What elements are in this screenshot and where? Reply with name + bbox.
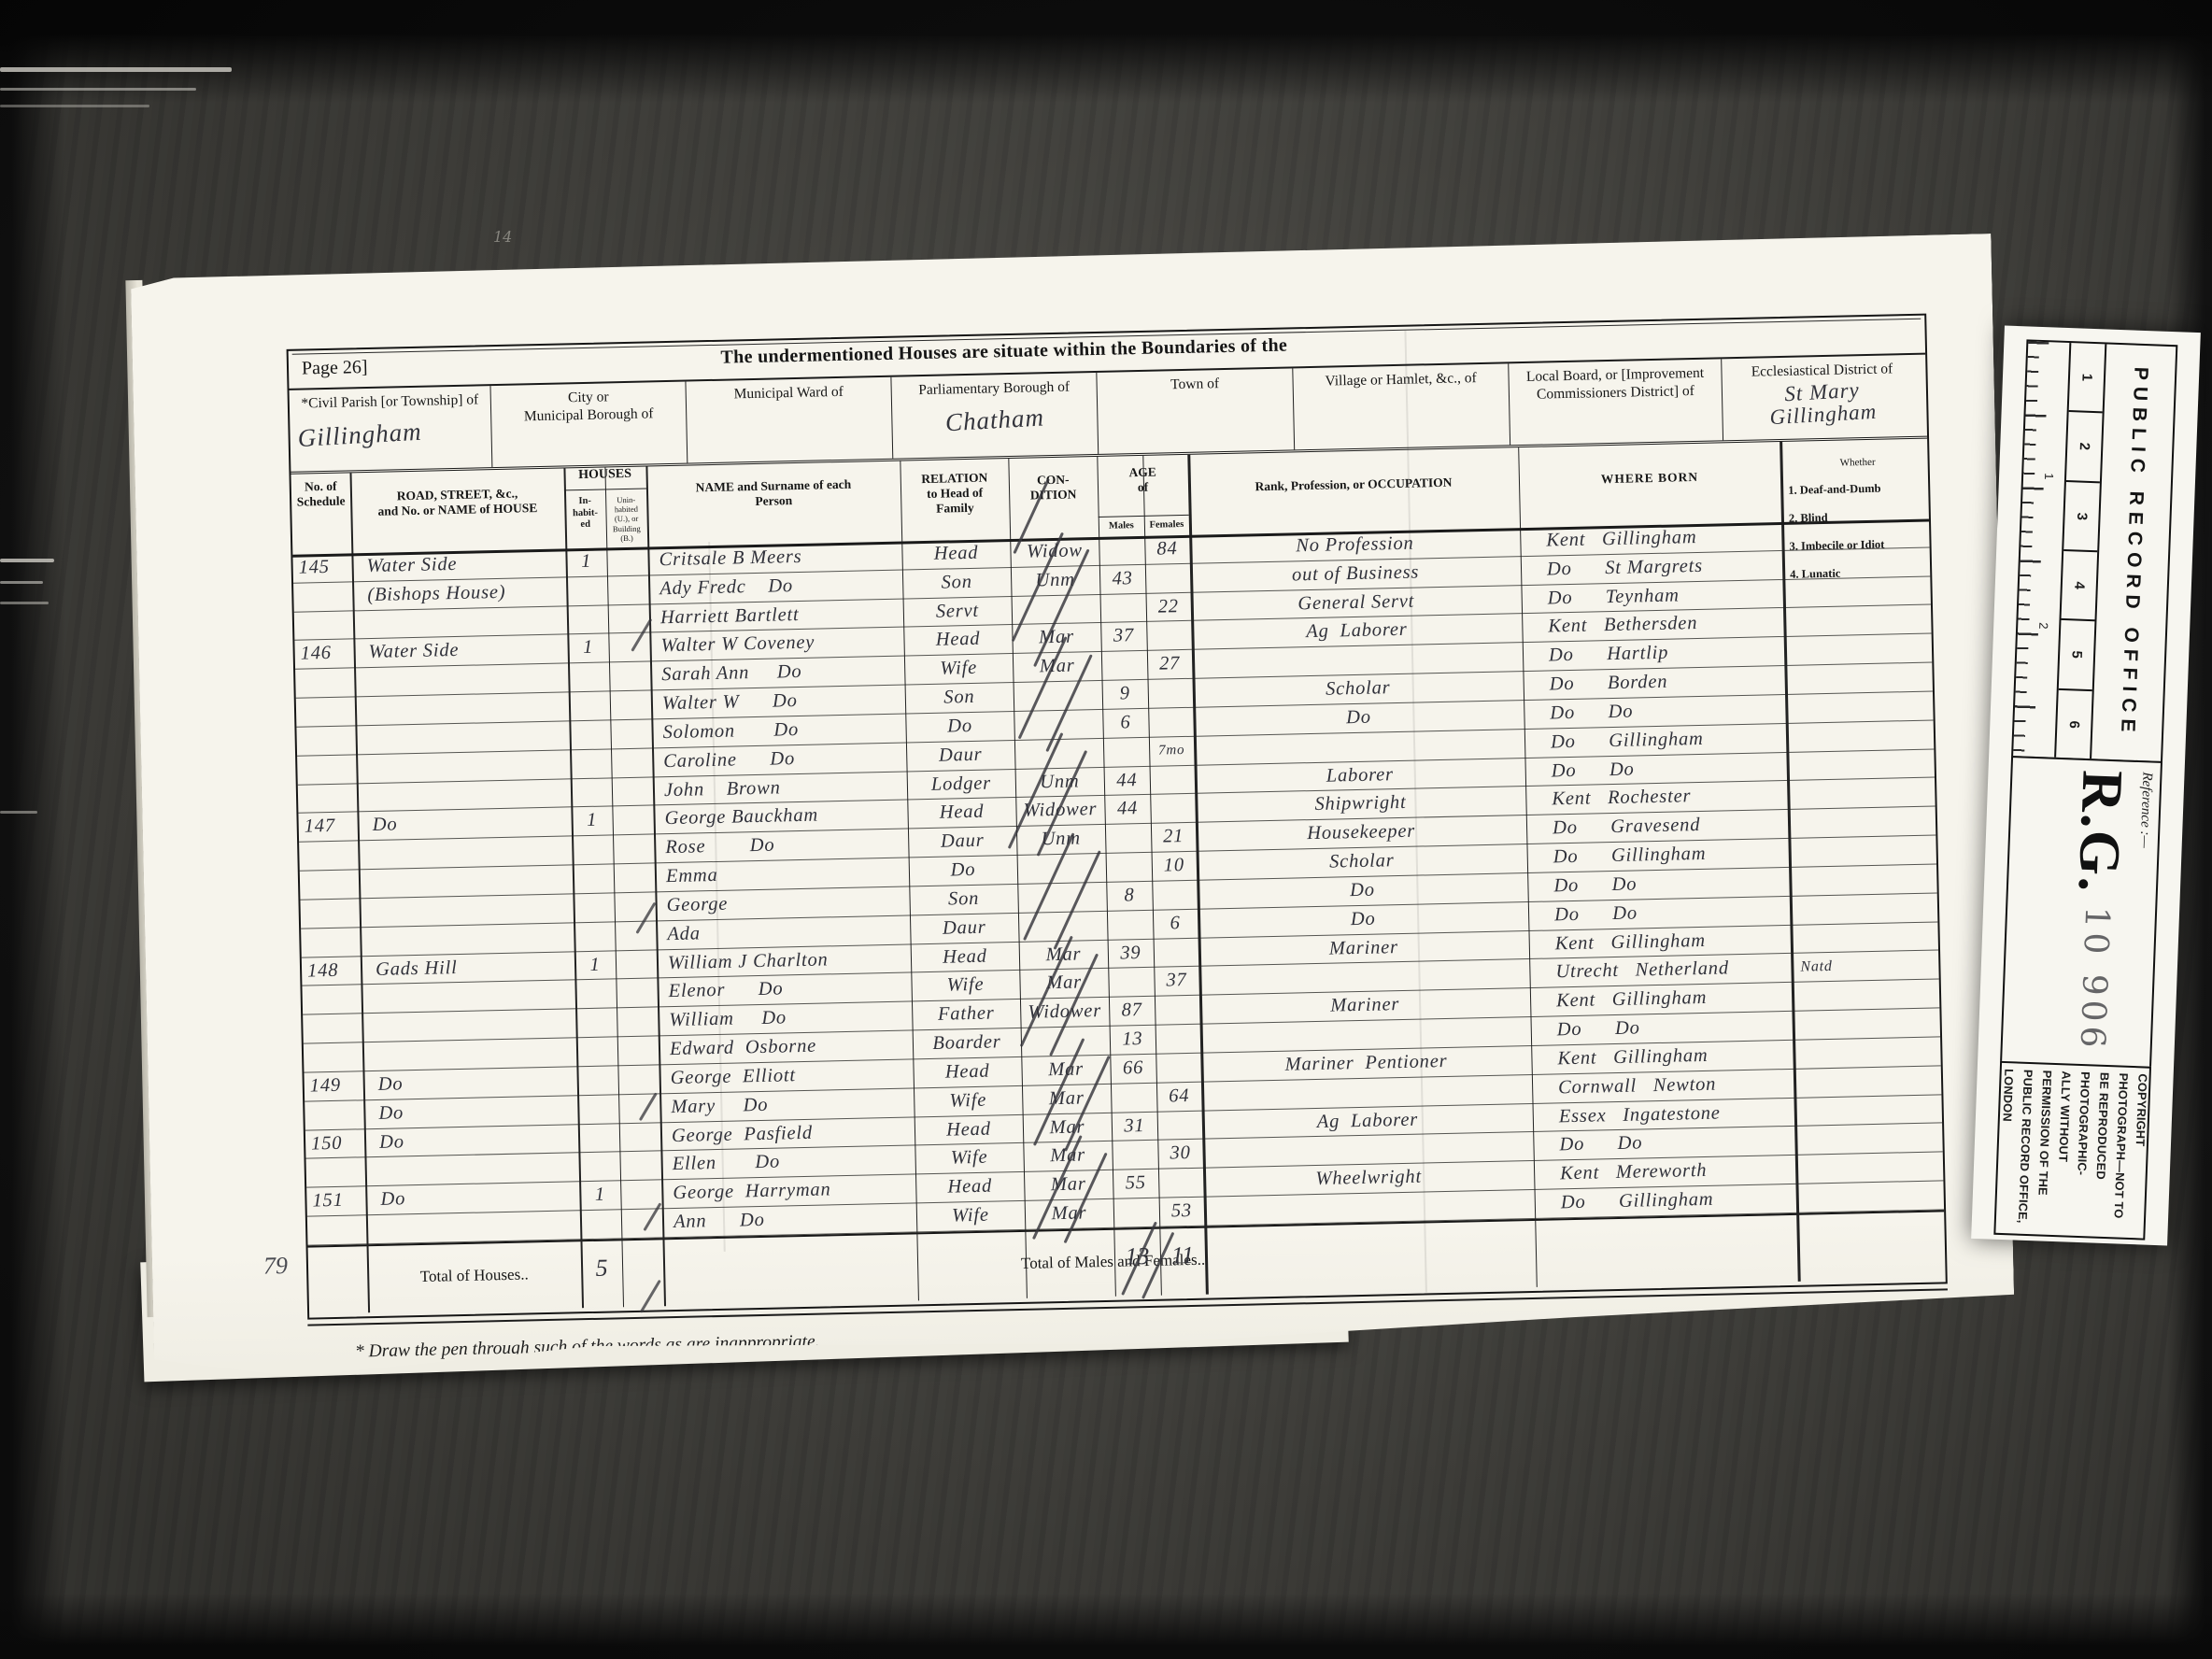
cell-inhabited: 1 (565, 547, 607, 576)
cell-inhabited: 1 (567, 634, 609, 663)
whether-title: Whether (1788, 456, 1928, 470)
cell-relation: Daur (910, 914, 1019, 943)
field-label: Municipal Ward of (733, 384, 844, 403)
ruler-inch-number: 5 (2068, 651, 2084, 659)
cell-age_f: 64 (1156, 1082, 1202, 1111)
colhead-name: NAME and Surname of each Person (645, 461, 901, 547)
cell-relation: Wife (914, 1086, 1023, 1116)
cell-age_m: 13 (1110, 1026, 1156, 1055)
colhead-schedule: No. of Schedule (291, 473, 352, 554)
field-local-board: Local Board, or [Improvement Commissione… (1509, 359, 1723, 445)
cell-condition: Unm (1015, 768, 1105, 798)
cell-inhabited: 1 (579, 1182, 621, 1211)
cell-relation: Daur (906, 741, 1015, 771)
census-page: Page 26] The undermentioned Houses are s… (131, 234, 2016, 1387)
colhead-uninhabited: Unin- habited (U.), or Building (B.) (605, 489, 647, 548)
ruler-cm-number: 1 (2042, 473, 2056, 480)
field-label: Ecclesiastical District of (1751, 361, 1893, 379)
field-municipal-ward: Municipal Ward of (686, 377, 893, 463)
cell-name: Walter W Do (651, 685, 917, 718)
colhead-inhabited: In- habit- ed (564, 489, 606, 548)
ruler-inch-cell: 1 (2069, 343, 2106, 414)
field-value-handwritten: St Mary Gillingham (1722, 376, 1923, 432)
cell-condition: Mar (1019, 969, 1109, 999)
ruler-inch-number: 6 (2066, 720, 2082, 729)
cell-age_f: 27 (1147, 650, 1193, 679)
cell-condition: Mar (1012, 623, 1101, 653)
cell-name: Harriett Bartlett (649, 599, 915, 632)
field-label: *Civil Parish [or Township] of (301, 391, 478, 411)
film-scratch (0, 602, 49, 604)
cell-name: Walter W Coveney (649, 628, 915, 661)
reference-number-stamp: 10 906 (2073, 905, 2117, 1052)
cell-age_m: 55 (1113, 1170, 1159, 1198)
cell-condition: Mar (1024, 1170, 1113, 1200)
cell-age_f: 6 (1153, 910, 1198, 939)
cell-relation: Head (913, 1057, 1022, 1087)
field-label: Town of (1170, 376, 1219, 392)
cell-inhabited: 1 (574, 951, 617, 980)
reference-series: R.G. (2064, 769, 2135, 895)
cell-age_f: 10 (1152, 852, 1198, 881)
microfilm-photo: 14 * Draw the pen through such of the wo… (0, 0, 2212, 1659)
field-village-hamlet: Village or Hamlet, &c., of (1293, 363, 1510, 449)
cell-relation: Do (909, 856, 1018, 886)
cell-schedule: 149 (305, 1071, 364, 1100)
colhead-females: Females (1144, 515, 1189, 536)
film-scratch (0, 811, 37, 814)
cell-name: Ann Do (662, 1203, 929, 1237)
cell-age_f: 30 (1157, 1140, 1203, 1169)
ruler-inch-number: 2 (2077, 443, 2092, 451)
cell-condition: Mar (1022, 1085, 1112, 1114)
ruler-cm-number: 2 (2036, 622, 2050, 630)
cell-road: Do (364, 1125, 594, 1157)
total-houses-label: Total of Houses.. (367, 1264, 581, 1287)
census-table: Page 26] The undermentioned Houses are s… (287, 314, 1948, 1320)
cell-name: Mary Do (659, 1088, 926, 1122)
field-value-handwritten: Gillingham (290, 414, 491, 451)
cell-born: Do Gillingham (1535, 1184, 1823, 1218)
cell-age_m: 9 (1102, 680, 1149, 709)
colhead-where-born: WHERE BORN (1518, 442, 1781, 528)
cell-relation: Daur (908, 827, 1017, 857)
copyright-line: PUBLIC RECORD OFFICE, LONDON (1993, 1069, 2037, 1228)
film-scratch (0, 88, 196, 91)
ruler-inch-cell: 3 (2063, 482, 2100, 553)
cell-schedule: 146 (296, 640, 355, 669)
cell-name: Edward Osborne (659, 1030, 925, 1064)
cell-relation: Head (903, 625, 1013, 655)
cell-relation: Boarder (913, 1028, 1022, 1058)
ruler-inch-number: 4 (2071, 581, 2087, 589)
cell-condition: Unm (1016, 825, 1106, 855)
cell-age_m: 39 (1108, 939, 1155, 968)
cell-relation: Servt (903, 597, 1013, 627)
field-value-handwritten: Chatham (892, 401, 1098, 439)
field-label: Parliamentary Borough of (918, 379, 1070, 399)
cell-name: Elenor Do (657, 973, 923, 1007)
cell-relation: Father (912, 1000, 1021, 1029)
cell-name: Rose Do (654, 829, 920, 863)
cell-relation: Wife (904, 654, 1014, 684)
cell-schedule: 145 (294, 553, 353, 582)
cell-age_f: 37 (1154, 967, 1199, 996)
film-scratch (0, 581, 43, 584)
colhead-condition: CON- DITION (1008, 457, 1099, 539)
reference-code: R.G. 10 906 (2058, 769, 2134, 1056)
cell-condition: Unm (1011, 566, 1100, 596)
cell-name: Solomon Do (651, 714, 917, 747)
cell-age_f: 21 (1151, 823, 1197, 852)
colhead-occupation: Rank, Profession, or OCCUPATION (1187, 447, 1520, 535)
field-civil-parish: *Civil Parish [or Township] of Gillingha… (290, 386, 493, 472)
field-city-borough: City or Municipal Borough of (490, 382, 688, 468)
film-scratch (0, 105, 149, 107)
cell-name: Ellen Do (660, 1146, 927, 1180)
pro-copyright-box: COPYRIGHT PHOTOGRAPH—NOT TO BE REPRODUCE… (1993, 1061, 2151, 1241)
pro-reference-box: R.G. 10 906 Reference :— (2000, 756, 2162, 1070)
cell-relation: Head (911, 943, 1020, 972)
cell-road: Gads Hill (361, 952, 590, 985)
cell-relation: Wife (915, 1143, 1024, 1173)
cell-name: Emma (655, 858, 921, 891)
cell-name: John Brown (653, 772, 919, 805)
cell-age_f: 7mo (1149, 737, 1195, 766)
cell-relation: Wife (911, 971, 1020, 1000)
cell-name: George (655, 886, 921, 920)
colhead-road: ROAD, STREET, &c., and No. or NAME of HO… (349, 468, 565, 553)
whether-item: 1. Deaf-and-Dumb (1788, 481, 1928, 498)
cell-relation: Son (905, 683, 1014, 713)
field-ecclesiastical-district: Ecclesiastical District of St Mary Gilli… (1722, 355, 1923, 441)
cell-relation: Head (915, 1172, 1025, 1202)
cell-age_m: 43 (1099, 565, 1146, 594)
cell-relation: Wife (916, 1201, 1026, 1231)
copyright-line: BE REPRODUCED PHOTOGRAPHIC- (2070, 1071, 2114, 1231)
ruler-inch-cell: 5 (2059, 620, 2095, 691)
cell-age_m: 37 (1100, 622, 1147, 651)
cell-age_f: 22 (1146, 592, 1192, 621)
cell-schedule: 147 (300, 813, 359, 842)
ruler-inch-cell: 4 (2061, 551, 2097, 622)
film-scratch (0, 67, 232, 72)
total-houses-value: 5 (581, 1254, 623, 1283)
copyright-notice: COPYRIGHT PHOTOGRAPH—NOT TO BE REPRODUCE… (1993, 1069, 2152, 1233)
cell-age_m: 87 (1109, 997, 1156, 1026)
cell-name: Sarah Ann Do (650, 657, 916, 690)
cell-relation: Head (901, 539, 1011, 569)
ruler-inch-number: 3 (2074, 512, 2090, 520)
cell-road: Water Side (353, 635, 583, 668)
pro-reference-strip: 1 2 123456 PUBLIC RECORD OFFICE R.G. 10 … (1971, 325, 2201, 1245)
cell-relation: Do (905, 712, 1014, 742)
cell-schedule: 151 (308, 1186, 367, 1215)
colhead-relation: RELATION to Head of Family (900, 459, 1010, 542)
cell-age_m: 6 (1102, 709, 1149, 738)
ruler-inch-cell: 6 (2056, 689, 2092, 759)
cell-name: Ada (656, 915, 922, 949)
cell-inhabited: 1 (571, 807, 613, 836)
cell-road: Do (362, 1067, 592, 1099)
field-label: Village or Hamlet, &c., of (1325, 370, 1477, 390)
pro-ruler-box: 1 2 123456 PUBLIC RECORD OFFICE (2011, 339, 2177, 763)
cell-age_m: 44 (1104, 795, 1151, 824)
cell-name: Ady Fredc Do (648, 570, 915, 603)
ruler-inch-cell: 2 (2066, 412, 2103, 483)
cell-age_m: 31 (1112, 1112, 1158, 1141)
cell-age_f: 53 (1159, 1198, 1205, 1227)
cell-road: (Bishops House) (352, 577, 582, 610)
cell-relation: Head (907, 798, 1016, 828)
cell-relation: Lodger (907, 770, 1016, 800)
cell-name: George Bauckham (653, 801, 919, 834)
pencil-mark: 14 (493, 228, 512, 246)
cell-name: William J Charlton (657, 944, 923, 978)
cell-note: Natd (1791, 951, 1945, 982)
cell-name: George Pasfield (660, 1117, 927, 1151)
colhead-males: Males (1099, 516, 1144, 537)
field-parliamentary-borough: Parliamentary Borough of Chatham (891, 373, 1099, 459)
cell-age_m: 66 (1110, 1055, 1156, 1084)
cell-name: William Do (658, 1001, 924, 1035)
cell-schedule: 148 (304, 957, 362, 985)
office-title-column: PUBLIC RECORD OFFICE (2091, 345, 2176, 761)
copyright-line: COPYRIGHT PHOTOGRAPH—NOT TO (2107, 1072, 2151, 1232)
cell-age_f: 84 (1144, 535, 1190, 564)
margin-tally-handwritten: 79 (263, 1252, 289, 1281)
field-label: City or Municipal Borough of (524, 389, 654, 424)
field-town: Town of (1097, 368, 1295, 454)
copyright-line: ALLY WITHOUT PERMISSION OF THE (2032, 1070, 2076, 1229)
film-scratch (0, 559, 54, 562)
colhead-whether: Whether 1. Deaf-and-Dumb 2. Blind 3. Imb… (1780, 439, 1929, 522)
ruler-inch-number: 1 (2078, 373, 2094, 381)
cell-relation: Son (902, 568, 1012, 598)
cell-relation: Head (915, 1114, 1024, 1144)
cell-relation: Son (909, 885, 1018, 915)
cell-age_m: 8 (1106, 882, 1153, 911)
cell-road: Do (365, 1182, 595, 1214)
cell-name: George Elliott (659, 1059, 925, 1093)
cell-name: Caroline Do (652, 743, 918, 776)
cell-age_m: 44 (1104, 766, 1151, 795)
cell-schedule: 150 (307, 1129, 366, 1158)
cell-name: George Harryman (661, 1174, 928, 1208)
cell-road: Do (357, 807, 587, 840)
field-label: Local Board, or [Improvement Commissione… (1526, 365, 1705, 403)
cell-road: Do (363, 1096, 593, 1128)
public-record-office-label: PUBLIC RECORD OFFICE (2116, 366, 2152, 738)
